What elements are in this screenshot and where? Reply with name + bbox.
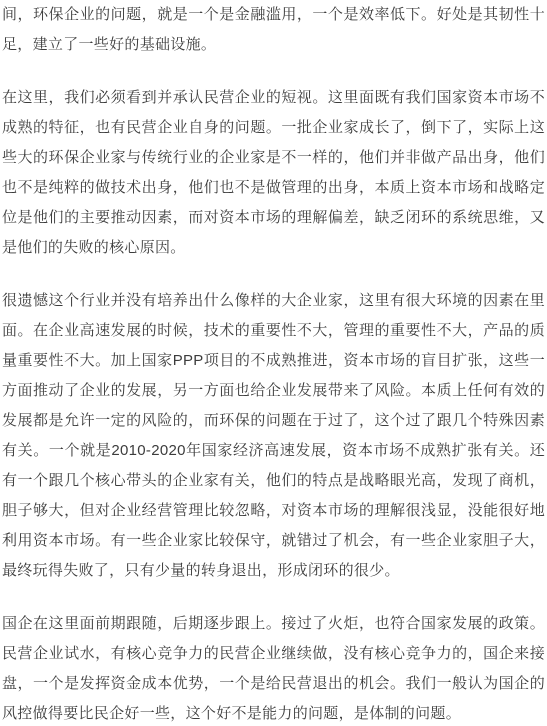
article-page: 间，环保企业的问题，就是一个是金融滥用，一个是效率低下。好处是其韧性十足，建立了…	[0, 0, 547, 726]
paragraph-4: 国企在这里面前期跟随，后期逐步跟上。接过了火炬，也符合国家发展的政策。民营企业试…	[2, 609, 545, 726]
paragraph-3: 很遗憾这个行业并没有培养出什么像样的大企业家，这里有很大环境的因素在里面。在企业…	[2, 286, 545, 586]
paragraph-1: 间，环保企业的问题，就是一个是金融滥用，一个是效率低下。好处是其韧性十足，建立了…	[2, 0, 545, 60]
paragraph-2: 在这里，我们必须看到并承认民营企业的短视。这里面既有我们国家资本市场不成熟的特征…	[2, 83, 545, 263]
